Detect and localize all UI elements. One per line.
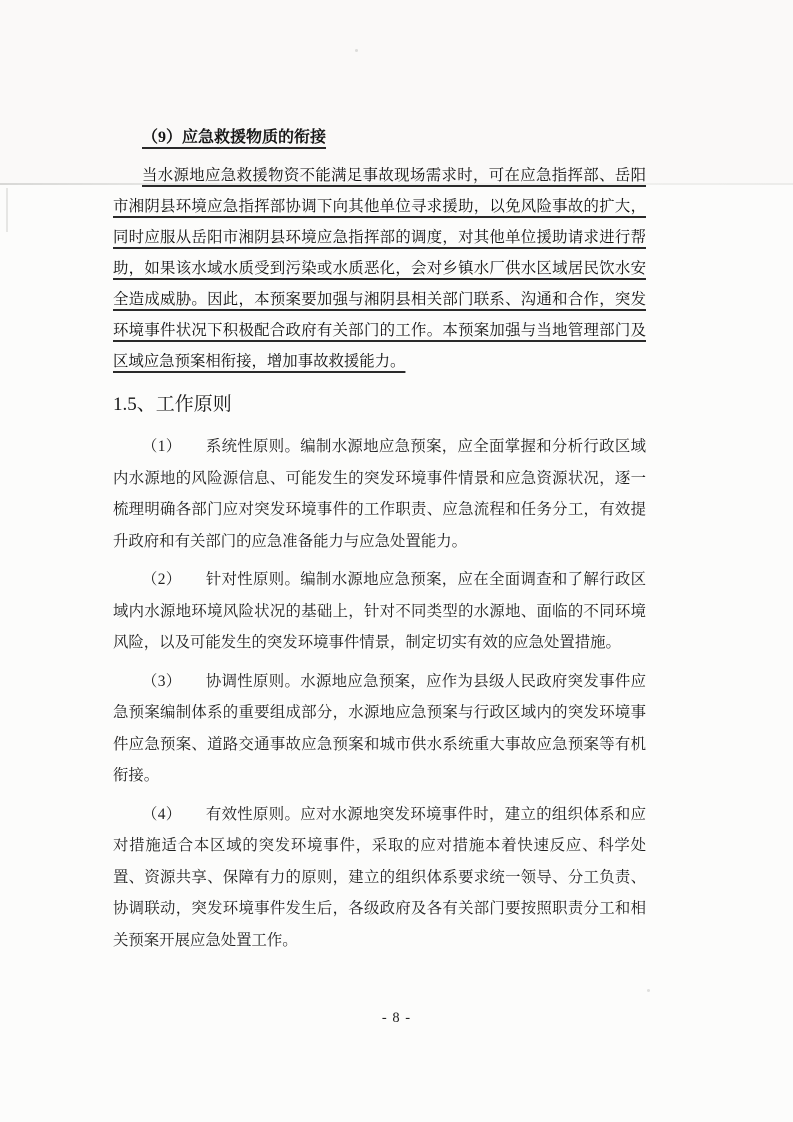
scan-speck	[355, 49, 358, 52]
principle-4-number: （4）	[142, 806, 182, 823]
section-1-5-title: 1.5、工作原则	[113, 391, 646, 418]
principle-3-paragraph: （3）协调性原则。水源地应急预案，应作为县级人民政府突发事件应急预案编制体系的重…	[113, 666, 646, 792]
principle-4-text: 有效性原则。应对水源地突发环境事件时，建立的组织体系和应对措施适合本区域的突发环…	[113, 806, 646, 949]
scan-speck	[647, 989, 650, 992]
clause-9-heading: （9）应急救援物质的衔接	[113, 126, 646, 150]
principle-2-number: （2）	[142, 571, 182, 588]
principle-1-paragraph: （1）系统性原则。编制水源地应急预案，应全面掌握和分析行政区域内水源地的风险源信…	[113, 431, 646, 557]
principle-2-paragraph: （2）针对性原则。编制水源地应急预案，应在全面调查和了解行政区域内水源地环境风险…	[113, 564, 646, 659]
page-number: - 8 -	[0, 1010, 793, 1027]
document-page: （9）应急救援物质的衔接 当水源地应急救援物资不能满足事故现场需求时，可在应急指…	[0, 0, 793, 1122]
principle-4-paragraph: （4）有效性原则。应对水源地突发环境事件时，建立的组织体系和应对措施适合本区域的…	[113, 799, 646, 957]
principle-1-text: 系统性原则。编制水源地应急预案，应全面掌握和分析行政区域内水源地的风险源信息、可…	[113, 438, 646, 550]
principle-2-text: 针对性原则。编制水源地应急预案，应在全面调查和了解行政区域内水源地环境风险状况的…	[113, 571, 646, 651]
clause-9-heading-text: （9）应急救援物质的衔接	[142, 129, 326, 146]
principle-3-number: （3）	[142, 673, 182, 690]
clause-9-paragraph: 当水源地应急救援物资不能满足事故现场需求时，可在应急指挥部、岳阳市湘阴县环境应急…	[113, 160, 646, 377]
clause-9-paragraph-text: 当水源地应急救援物资不能满足事故现场需求时，可在应急指挥部、岳阳市湘阴县环境应急…	[113, 167, 646, 370]
scan-edge-mark	[6, 188, 8, 232]
document-body: （9）应急救援物质的衔接 当水源地应急救援物资不能满足事故现场需求时，可在应急指…	[113, 126, 646, 963]
principle-3-text: 协调性原则。水源地应急预案，应作为县级人民政府突发事件应急预案编制体系的重要组成…	[113, 673, 646, 785]
principle-1-number: （1）	[142, 438, 182, 455]
